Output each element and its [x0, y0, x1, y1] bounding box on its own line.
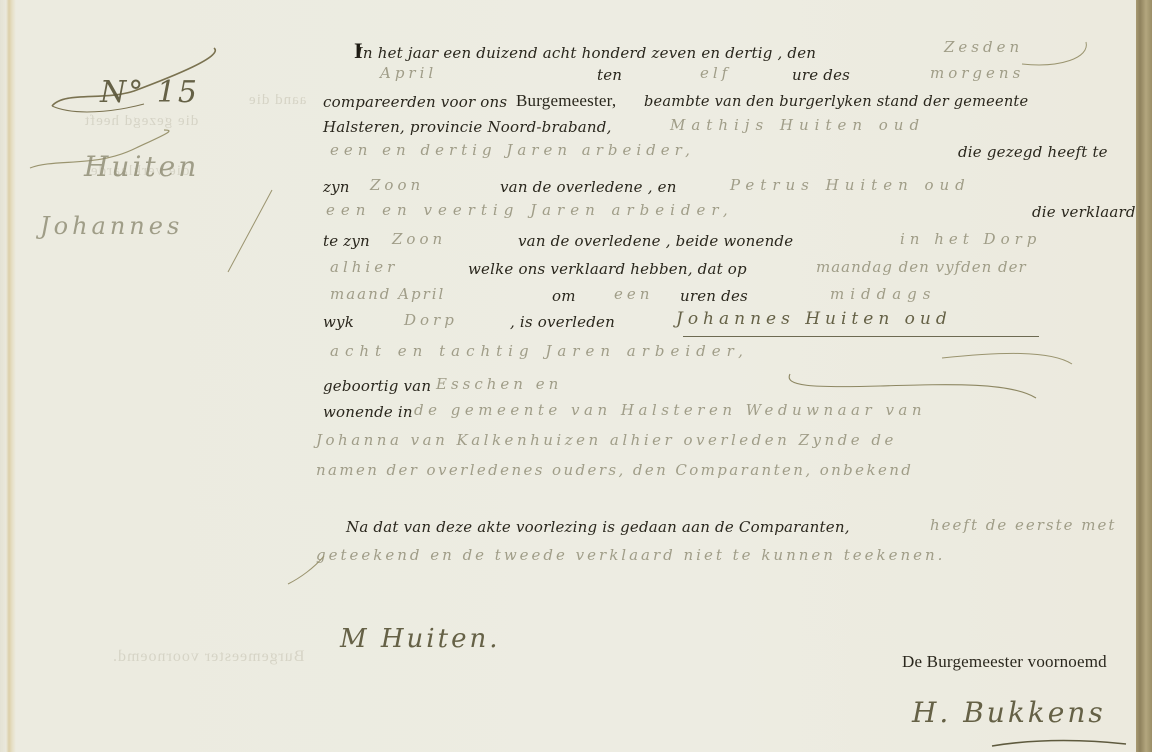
- line-flourish: [1020, 38, 1100, 72]
- page-binding-edge: [1136, 0, 1152, 752]
- deceased-name-underline: [683, 336, 1039, 337]
- handwritten-deceased-name: Johannes Huiten oud: [676, 309, 952, 329]
- handwritten-time-of-day: morgens: [930, 64, 1024, 82]
- handwritten-deceased-age: acht en tachtig Jaren arbeider,: [330, 342, 749, 360]
- printed-text: Halsteren, provincie Noord-braband,: [323, 118, 612, 136]
- closing-handwritten-2: geteekend en de tweede verklaard niet te…: [316, 546, 945, 564]
- closing-flourish: [284, 554, 344, 588]
- closing-handwritten-1: heeft de eerste met: [930, 516, 1116, 534]
- margin-surname: Huiten: [84, 150, 199, 183]
- mayor-signature: H. Bukkens: [912, 696, 1106, 729]
- printed-text: welke ons verklaard hebben, dat op: [468, 260, 747, 278]
- handwritten-time-of-death: middags: [830, 285, 936, 303]
- handwritten-date-of-death: maandag den vyfden der: [816, 258, 1027, 276]
- printed-text: van de overledene , en: [500, 178, 677, 196]
- handwritten-declarant-2: Petrus Huiten oud: [730, 176, 971, 194]
- printed-text: die verklaarde: [1032, 203, 1145, 221]
- bleed-through-text: aand die: [248, 92, 306, 109]
- printed-text: van de overledene , beide wonende: [518, 232, 793, 250]
- handwritten-day: Zesden: [944, 38, 1023, 56]
- printed-text: geboortig van: [323, 377, 431, 395]
- printed-text: beambte van den burgerlyken stand der ge…: [644, 93, 1028, 110]
- printed-text: die gezegd heeft te: [958, 143, 1108, 161]
- handwritten-residence: in het Dorp: [900, 230, 1041, 248]
- handwritten-residence-place: alhier: [330, 258, 398, 276]
- closing-printed-text: Na dat van deze akte voorlezing is gedaa…: [346, 518, 850, 536]
- document-page: aand die die gezegd heeft die verklaarde…: [0, 0, 1136, 752]
- handwritten-month-of-death: maand April: [330, 285, 445, 303]
- printed-text: uren des: [680, 287, 748, 305]
- handwritten-declarant-1-age: een en dertig Jaren arbeider,: [330, 141, 695, 159]
- margin-given-name: Johannes: [40, 212, 183, 240]
- printed-line-1: In het jaar een duizend acht honderd zev…: [357, 44, 816, 62]
- handwritten-parents: namen der overledenes ouders, den Compar…: [316, 461, 913, 479]
- printed-text: Burgemeester,: [516, 91, 616, 111]
- printed-text: compareerden voor ons: [323, 93, 507, 111]
- handwritten-month: April: [380, 64, 437, 82]
- margin-slash: [220, 186, 280, 276]
- mayor-label: De Burgemeester voornoemd: [902, 652, 1107, 672]
- handwritten-spouse: Johanna van Kalkenhuizen alhier overlede…: [316, 431, 897, 449]
- handwritten-hour-of-death: een: [614, 285, 653, 303]
- mayor-signature-underline: [990, 736, 1130, 750]
- handwritten-district: Dorp: [404, 311, 458, 329]
- handwritten-relation: Zoon: [392, 230, 446, 248]
- printed-text: IIn het jaar een duizend acht honderd ze…: [354, 38, 816, 64]
- handwritten-birthplace: Esschen en: [436, 375, 562, 393]
- handwritten-declarant-2-age: een en veertig Jaren arbeider,: [326, 201, 734, 219]
- bleed-through-text: Burgemeester voornoemd.: [112, 648, 304, 666]
- handwritten-residence-deceased: de gemeente van Halsteren Weduwnaar van: [414, 401, 926, 419]
- printed-text: om: [552, 287, 576, 305]
- declarant-signature: M Huiten.: [340, 624, 500, 654]
- handwritten-relation: Zoon: [370, 176, 424, 194]
- printed-text: ure des: [792, 66, 850, 84]
- printed-word: zyn: [323, 178, 350, 196]
- printed-text: wyk: [323, 313, 354, 331]
- printed-text: wonende in: [323, 403, 413, 421]
- printed-text: ten: [597, 66, 622, 84]
- printed-text: , is overleden: [510, 313, 615, 331]
- margin-record-number: N° 15: [100, 75, 199, 110]
- printed-text: te zyn: [323, 232, 370, 250]
- printed-text: zyn: [323, 178, 350, 196]
- handwritten-hour: elf: [700, 64, 731, 82]
- handwritten-declarant-1: Mathijs Huiten oud: [670, 116, 925, 134]
